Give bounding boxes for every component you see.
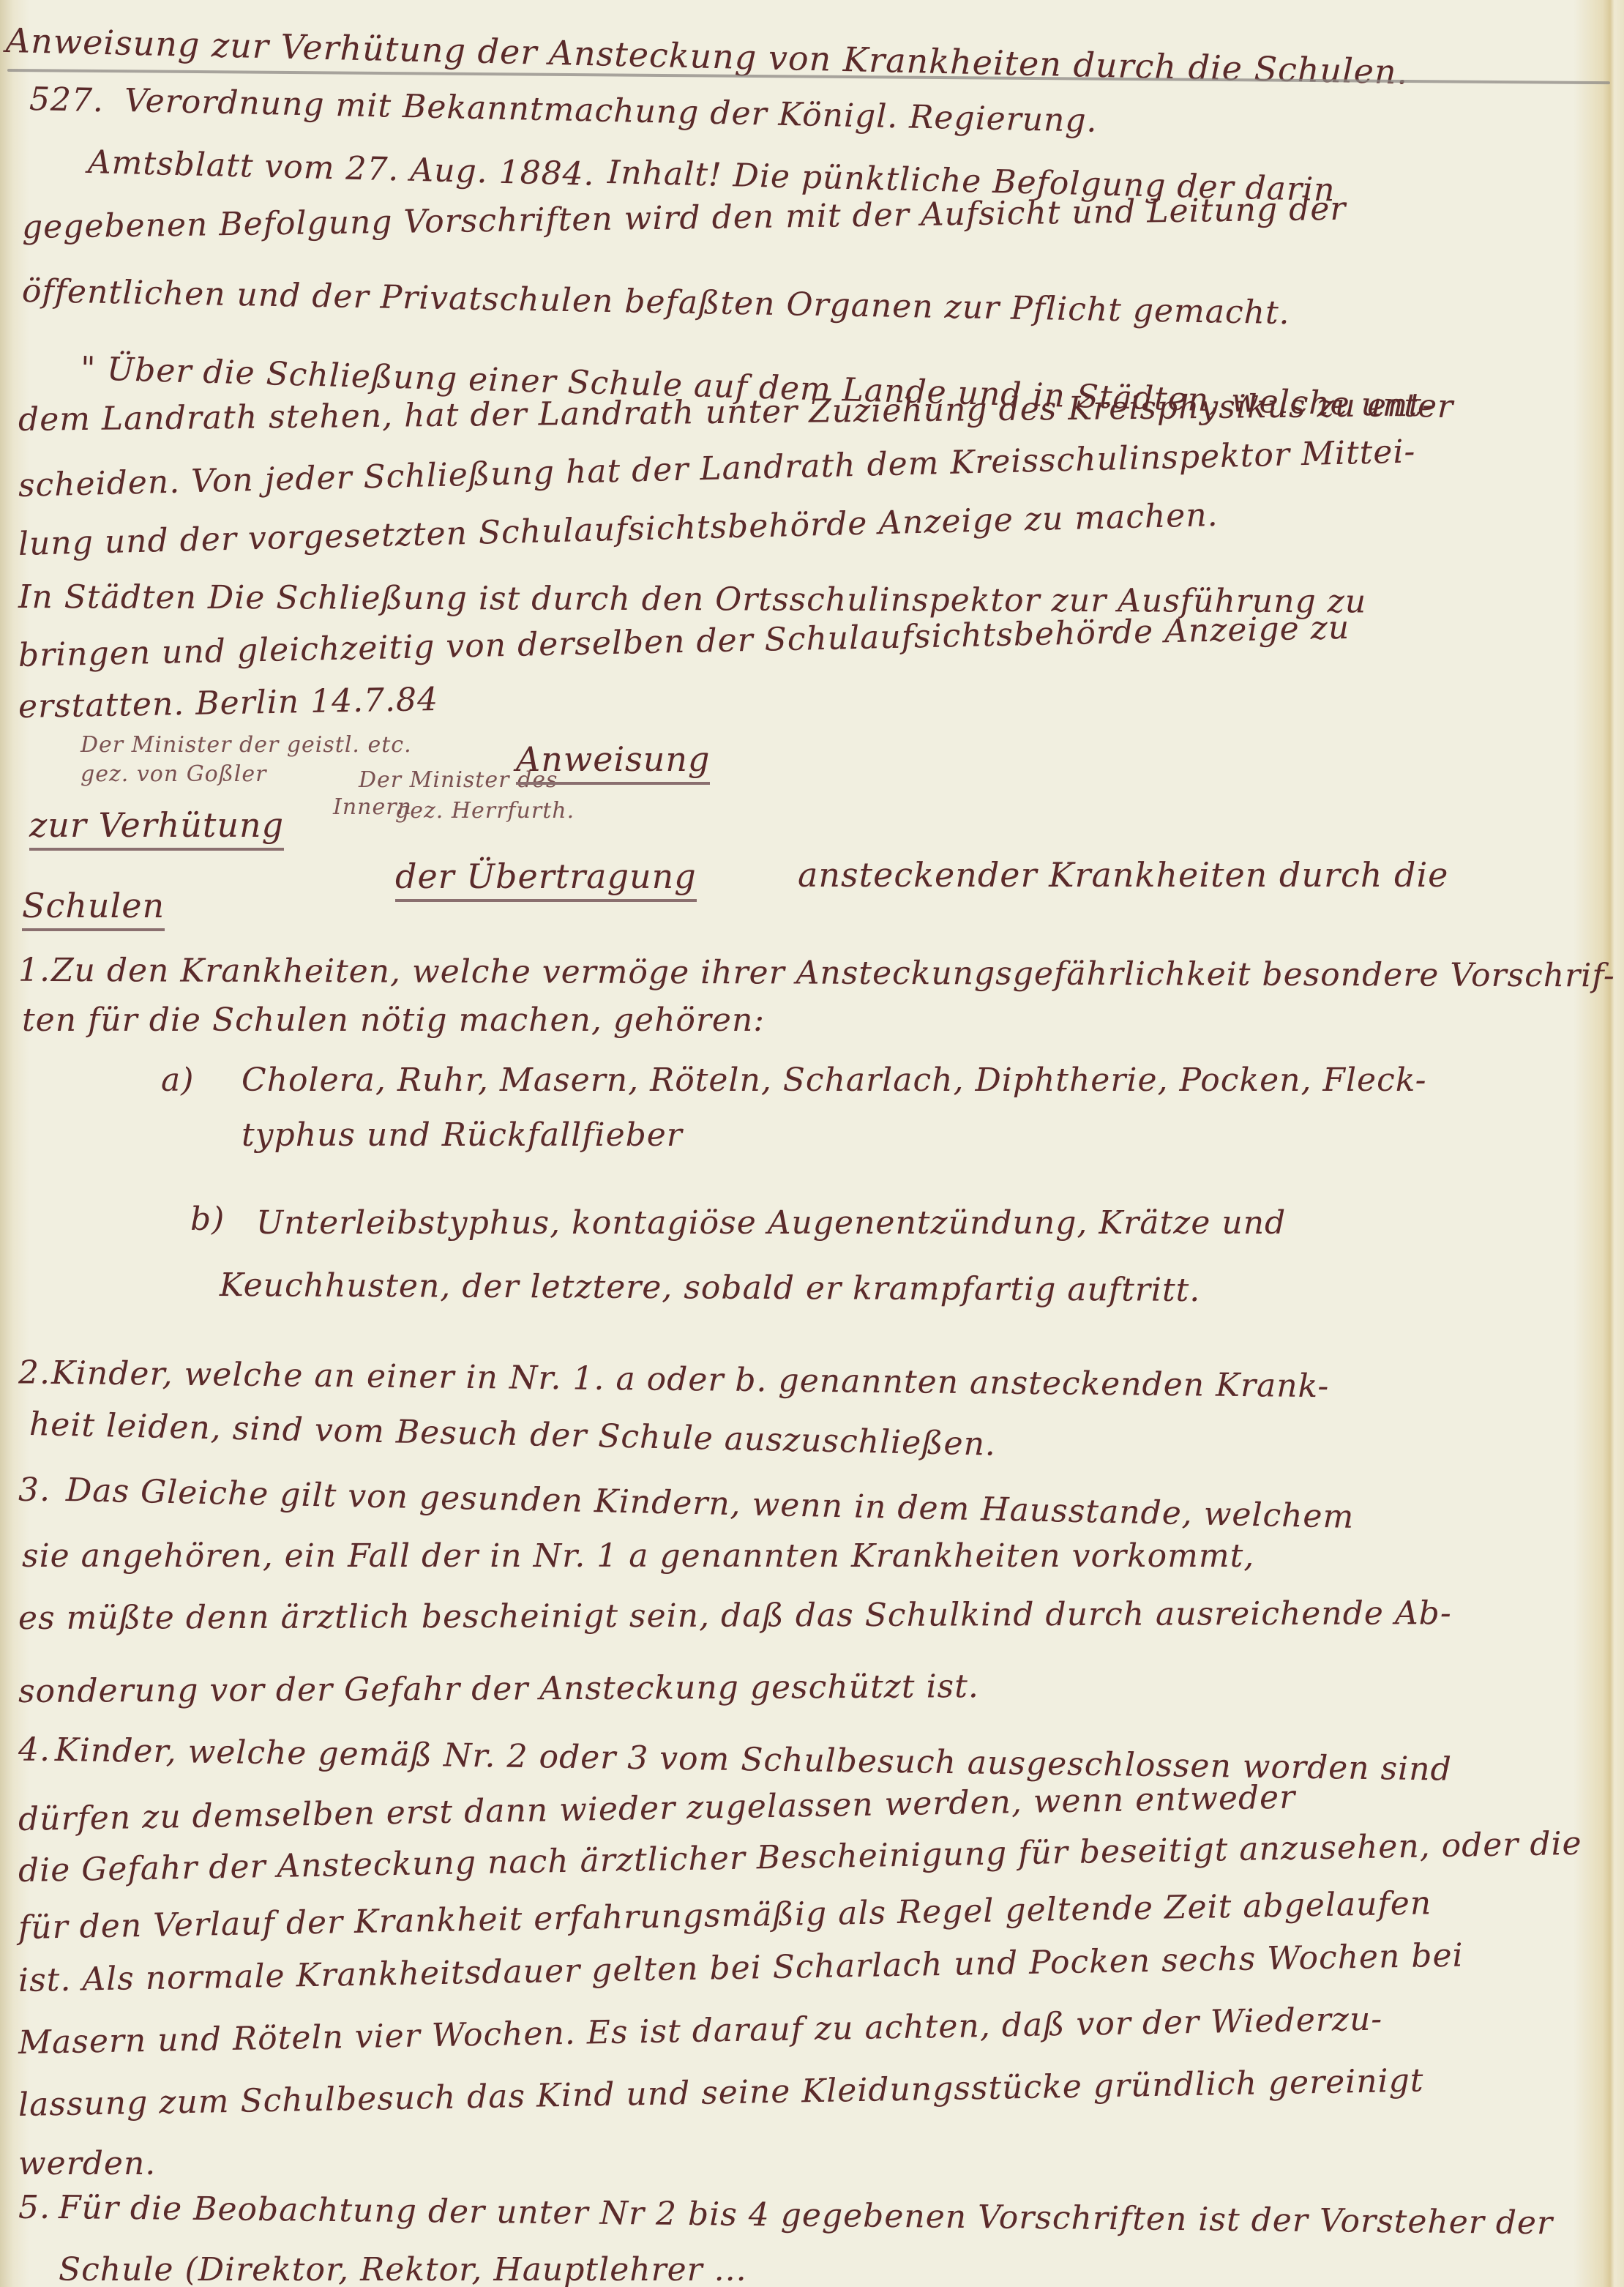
intro-line-11: bringen und gleichzeitig von derselben d… <box>18 609 1350 674</box>
section-2-line-1: Kinder, welche an einer in Nr. 1. a oder… <box>51 1354 1330 1405</box>
header-line-title: Anweisung zur Verhütung der Ansteckung v… <box>5 20 1408 92</box>
section-1b-line-1: Unterleibstyphus, kontagiöse Augenentzün… <box>256 1204 1286 1242</box>
intro-line-2: Amtsblatt vom 27. Aug. 1884. <box>87 143 595 193</box>
manuscript-page: Anweisung zur Verhütung der Ansteckung v… <box>0 0 1624 2287</box>
signature-minister-cultus: Der Minister der geistl. etc. <box>81 732 412 758</box>
heading-schulen: Schulen <box>22 886 165 931</box>
section-4-line-7: lassung zum Schulbesuch das Kind und sei… <box>18 2062 1424 2124</box>
section-3-line-2: sie angehören, ein Fall der in Nr. 1 a g… <box>22 1537 1254 1575</box>
intro-line-7: dem Landrath stehen, hat der Landrath un… <box>18 387 1434 439</box>
intro-line-1: Verordnung mit Bekanntmachung der Königl… <box>124 82 1098 140</box>
heading-ansteckender: ansteckender Krankheiten durch die <box>798 855 1448 895</box>
section-3-number: 3. <box>18 1471 50 1509</box>
section-4-line-4: für den Verlauf der Krankheit erfahrungs… <box>18 1884 1432 1947</box>
section-3-line-4: sonderung vor der Gefahr der Ansteckung … <box>18 1668 979 1710</box>
intro-line-8: scheiden. Von jeder Schließung hat der L… <box>18 433 1416 504</box>
intro-line-12: erstatten. Berlin 14.7.84 <box>18 681 439 725</box>
section-5-number: 5. <box>18 2189 50 2226</box>
signature-gossler: gez. von Goßler <box>81 761 266 787</box>
section-2-line-2: heit leiden, sind vom Besuch der Schule … <box>29 1406 996 1463</box>
section-1b-label: b) <box>190 1201 225 1238</box>
section-4-number: 4. <box>18 1731 50 1769</box>
heading-anweisung: Anweisung <box>516 739 710 785</box>
intro-line-5: öffentlichen und der Privatschulen befaß… <box>22 272 1291 332</box>
section-3-line-1: Das Gleiche gilt von gesunden Kindern, w… <box>65 1471 1354 1536</box>
heading-uebertragung: der Übertragung <box>395 857 697 902</box>
section-1-line-1: Zu den Krankheiten, welche vermöge ihrer… <box>51 952 1615 994</box>
section-1-number: 1. <box>18 952 50 989</box>
section-1-line-2: ten für die Schulen nötig machen, gehöre… <box>22 1001 765 1039</box>
section-1a-line-2: typhus und Rückfallfieber <box>242 1116 683 1154</box>
section-4-line-6: Masern und Röteln vier Wochen. Es ist da… <box>18 2000 1383 2062</box>
section-1a-line-1: Cholera, Ruhr, Masern, Röteln, Scharlach… <box>242 1062 1426 1099</box>
section-5-line-1: Für die Beobachtung der unter Nr 2 bis 4… <box>59 2189 1554 2242</box>
section-4-line-2: dürfen zu demselben erst dann wieder zug… <box>18 1779 1296 1838</box>
signature-herrfurth: gez. Herrfurth. <box>395 798 575 824</box>
section-1a-label: a) <box>161 1062 194 1099</box>
section-4-line-8: werden. <box>18 2145 156 2182</box>
intro-line-4: gegebenen Befolgung Vorschriften wird de… <box>22 190 1347 246</box>
entry-number: 527. <box>29 81 104 119</box>
section-2-number: 2. <box>18 1354 50 1392</box>
section-1b-line-2: Keuchhusten, der letztere, sobald er kra… <box>220 1266 1201 1309</box>
heading-zur-verhuetung: zur Verhütung <box>29 805 284 851</box>
section-4-line-5: ist. Als normale Krankheitsdauer gelten … <box>18 1937 1464 1999</box>
section-3-line-3: es müßte denn ärztlich bescheinigt sein,… <box>18 1594 1452 1637</box>
intro-line-9: lung und der vorgesetzten Schulaufsichts… <box>18 496 1219 563</box>
section-5-line-2: Schule (Direktor, Rektor, Hauptlehrer ..… <box>59 2251 747 2287</box>
section-4-line-3: die Gefahr der Ansteckung nach ärztliche… <box>18 1825 1582 1889</box>
